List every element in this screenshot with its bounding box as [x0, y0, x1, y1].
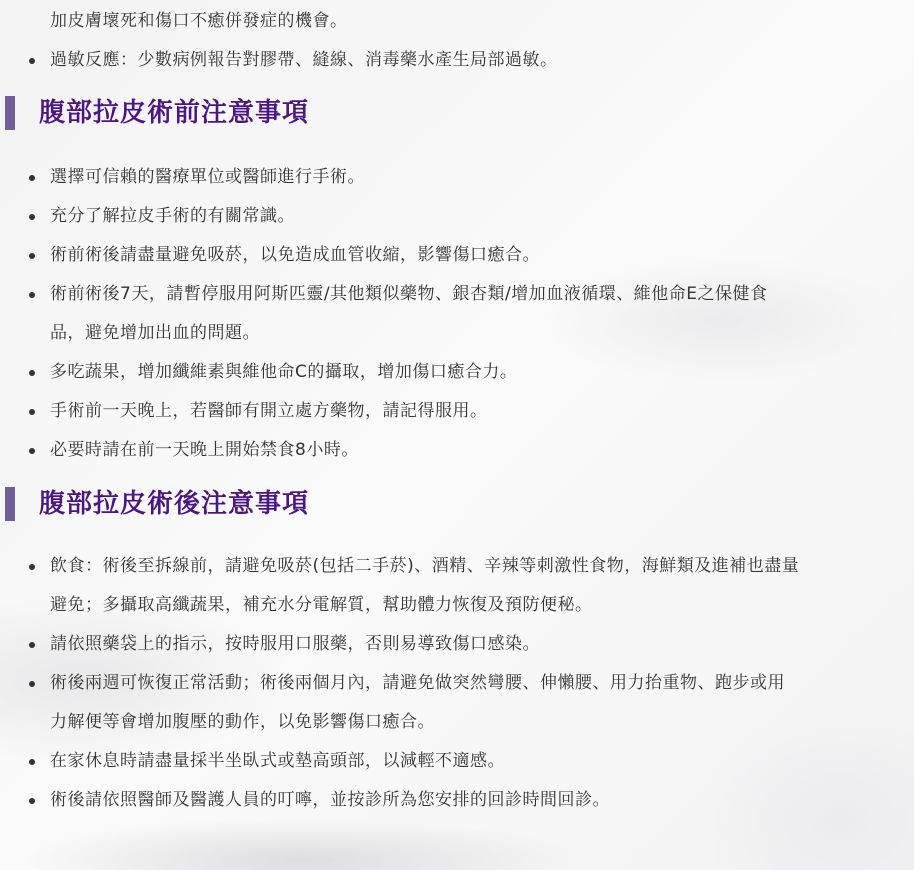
bullet-icon	[29, 292, 35, 298]
list-item: 必要時請在前一天晚上開始禁食8小時。	[0, 431, 914, 470]
list-item-wrap: 品，避免增加出血的問題。	[0, 314, 914, 353]
list-item: 術後請依照醫師及醫護人員的叮嚀，並按診所為您安排的回診時間回診。	[0, 781, 914, 820]
section-title: 腹部拉皮術前注意事項	[39, 93, 309, 133]
pre-op-list: 選擇可信賴的醫療單位或醫師進行手術。 充分了解拉皮手術的有關常識。 術前術後請盡…	[0, 158, 914, 470]
list-item-text: 過敏反應：少數病例報告對膠帶、縫線、消毒藥水產生局部過敏。	[50, 50, 558, 70]
list-item-wrap: 力解便等會增加腹壓的動作，以免影響傷口癒合。	[0, 703, 914, 742]
bullet-icon	[29, 253, 35, 259]
section-heading-post-op: 腹部拉皮術後注意事項	[0, 484, 914, 524]
list-item-text: 請依照藥袋上的指示，按時服用口服藥，否則易導致傷口感染。	[50, 634, 540, 654]
list-item-text: 避免；多攝取高纖蔬果，補充水分電解質，幫助體力恢復及預防便秘。	[50, 595, 593, 615]
list-item-text: 術後兩週可恢復正常活動；術後兩個月內，請避免做突然彎腰、伸懶腰、用力抬重物、跑步…	[50, 673, 785, 693]
list-item-text: 選擇可信賴的醫療單位或醫師進行手術。	[50, 167, 365, 187]
bullet-icon	[29, 798, 35, 804]
list-item-text: 充分了解拉皮手術的有關常識。	[50, 206, 295, 226]
list-item: 飲食：術後至拆線前，請避免吸菸(包括二手菸)、酒精、辛辣等刺激性食物，海鮮類及進…	[0, 547, 914, 586]
list-item: 手術前一天晚上，若醫師有開立處方藥物，請記得服用。	[0, 392, 914, 431]
list-item-text: 術前術後請盡量避免吸菸，以免造成血管收縮，影響傷口癒合。	[50, 245, 540, 265]
list-item: 請依照藥袋上的指示，按時服用口服藥，否則易導致傷口感染。	[0, 625, 914, 664]
list-item-wrap: 避免；多攝取高纖蔬果，補充水分電解質，幫助體力恢復及預防便秘。	[0, 586, 914, 625]
list-item-text: 加皮膚壞死和傷口不癒併發症的機會。	[50, 11, 348, 31]
list-item: 多吃蔬果，增加纖維素與維他命C的攝取，增加傷口癒合力。	[0, 353, 914, 392]
list-item-text: 力解便等會增加腹壓的動作，以免影響傷口癒合。	[50, 712, 435, 732]
heading-bar-icon	[5, 487, 15, 521]
section-title: 腹部拉皮術後注意事項	[39, 484, 309, 524]
bullet-icon	[29, 759, 35, 765]
bullet-icon	[29, 448, 35, 454]
list-item: 充分了解拉皮手術的有關常識。	[0, 197, 914, 236]
bullet-icon	[29, 175, 35, 181]
post-op-list: 飲食：術後至拆線前，請避免吸菸(包括二手菸)、酒精、辛辣等刺激性食物，海鮮類及進…	[0, 547, 914, 820]
bullet-icon	[29, 642, 35, 648]
list-item: 術前術後請盡量避免吸菸，以免造成血管收縮，影響傷口癒合。	[0, 236, 914, 275]
bullet-icon	[29, 214, 35, 220]
bullet-icon	[29, 370, 35, 376]
list-item-text: 術後請依照醫師及醫護人員的叮嚀，並按診所為您安排的回診時間回診。	[50, 790, 610, 810]
bullet-icon	[29, 564, 35, 570]
list-item: 選擇可信賴的醫療單位或醫師進行手術。	[0, 158, 914, 197]
bullet-icon	[29, 409, 35, 415]
list-item-continuation: 加皮膚壞死和傷口不癒併發症的機會。	[0, 2, 914, 41]
heading-bar-icon	[5, 96, 15, 130]
list-item-text: 術前術後7天，請暫停服用阿斯匹靈/其他類似藥物、銀杏類/增加血液循環、維他命E之…	[50, 284, 768, 304]
list-item-text: 在家休息時請盡量採半坐臥式或墊高頭部，以減輕不適感。	[50, 751, 505, 771]
list-item: 術後兩週可恢復正常活動；術後兩個月內，請避免做突然彎腰、伸懶腰、用力抬重物、跑步…	[0, 664, 914, 703]
list-item-text: 必要時請在前一天晚上開始禁食8小時。	[50, 440, 359, 460]
list-item-text: 多吃蔬果，增加纖維素與維他命C的攝取，增加傷口癒合力。	[50, 362, 517, 382]
list-item-text: 飲食：術後至拆線前，請避免吸菸(包括二手菸)、酒精、辛辣等刺激性食物，海鮮類及進…	[50, 556, 799, 576]
list-item: 在家休息時請盡量採半坐臥式或墊高頭部，以減輕不適感。	[0, 742, 914, 781]
bullet-icon	[29, 681, 35, 687]
bullet-icon	[29, 58, 35, 64]
list-item: 過敏反應：少數病例報告對膠帶、縫線、消毒藥水產生局部過敏。	[0, 41, 914, 80]
list-item: 術前術後7天，請暫停服用阿斯匹靈/其他類似藥物、銀杏類/增加血液循環、維他命E之…	[0, 275, 914, 314]
list-item-text: 品，避免增加出血的問題。	[50, 323, 260, 343]
list-item-text: 手術前一天晚上，若醫師有開立處方藥物，請記得服用。	[50, 401, 488, 421]
section-heading-pre-op: 腹部拉皮術前注意事項	[0, 93, 914, 133]
